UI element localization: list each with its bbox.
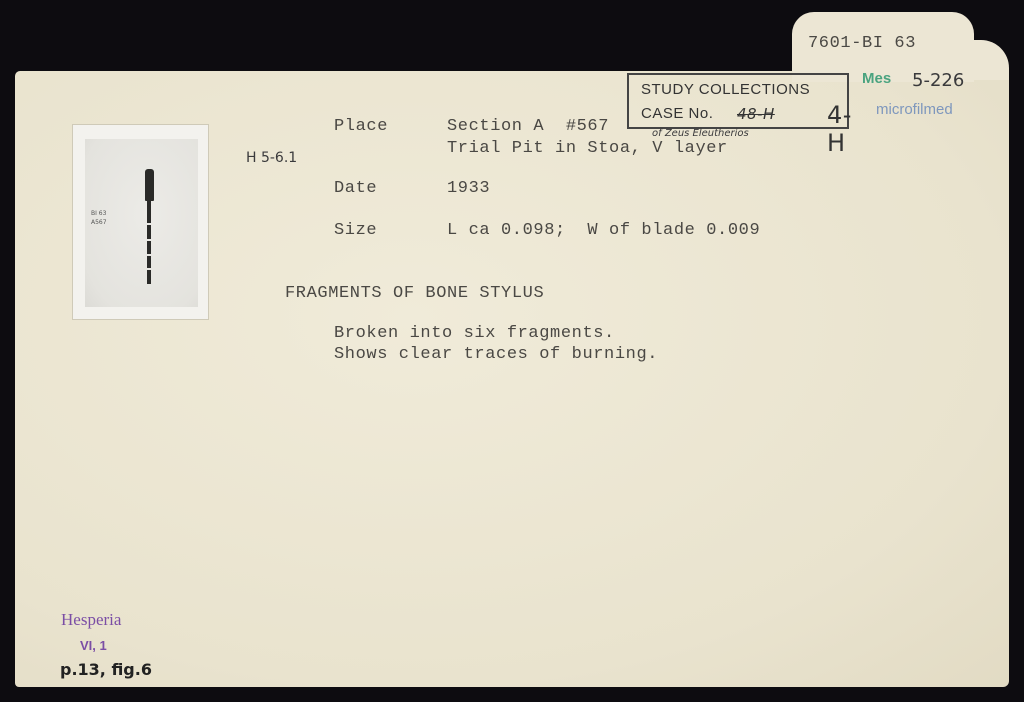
object-title: FRAGMENTS OF BONE STYLUS (285, 284, 544, 303)
photo-background: BI 63 A567 (85, 139, 198, 307)
case-number-label: CASE No. (641, 105, 713, 122)
date-value: 1933 (447, 179, 490, 198)
date-label: Date (334, 179, 377, 198)
mes-number: 5-226 (912, 70, 964, 91)
stylus-fragment (147, 201, 151, 223)
mes-stamp: Mes (862, 70, 891, 87)
microfilmed-stamp: microfilmed (876, 101, 953, 118)
publication-volume: VI, 1 (80, 638, 107, 653)
artifact-photo: BI 63 A567 (72, 124, 209, 320)
place-insertion: of Zeus Eleutherios (652, 128, 749, 139)
study-collections-label: STUDY COLLECTIONS (641, 81, 810, 98)
case-number-struck: 48-H (737, 105, 775, 123)
margin-note: H 5-6.1 (246, 150, 297, 166)
stylus-blade (145, 169, 154, 201)
size-value: L ca 0.098; W of blade 0.009 (447, 221, 760, 240)
size-label: Size (334, 221, 377, 240)
photo-label: BI 63 A567 (91, 209, 107, 227)
description-line: Shows clear traces of burning. (334, 345, 658, 364)
place-value: Section A #567 (447, 117, 609, 136)
stylus-fragment (147, 241, 151, 254)
description-line: Broken into six fragments. (334, 324, 615, 343)
stylus-fragment (147, 270, 151, 284)
stylus-fragment (147, 225, 151, 239)
publication-page-figure: p.13, fig.6 (60, 660, 152, 679)
study-collections-stamp: STUDY COLLECTIONS CASE No. 48-H 4-H (627, 73, 849, 129)
stylus-fragment (147, 256, 151, 268)
case-number-new: 4-H (827, 101, 852, 157)
catalog-number: 7601-BI 63 (808, 34, 916, 53)
place-value-line2: Trial Pit in Stoa, V layer (447, 139, 728, 158)
place-label: Place (334, 117, 388, 136)
publication-journal: Hesperia (61, 610, 121, 630)
